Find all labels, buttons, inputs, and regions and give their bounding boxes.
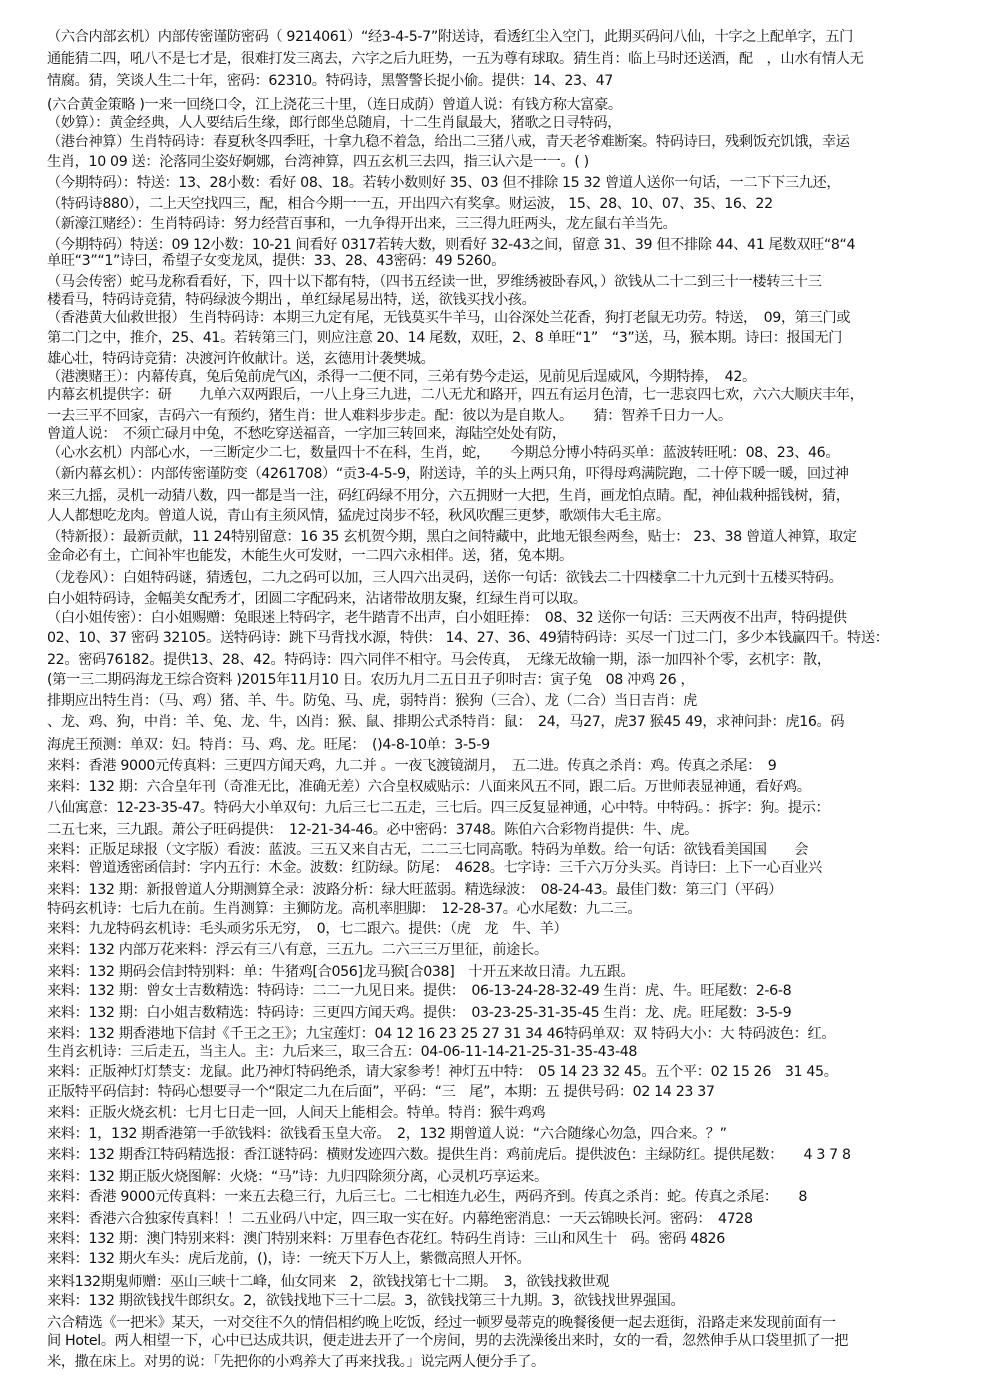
text-line: 内幕玄机提供字：研 九单六双两跟后，一八上身三九进，二八无尤和路开，四五有运月色… <box>47 385 987 405</box>
text-line: 一去三平不回家，吉码六一有预约，猪生肖：世人难料步步走。配：彼以为是自欺人。 猜… <box>47 406 987 426</box>
text-line: 来料132期鬼师赠：巫山三峡十二峰，仙女同来 2，欲钱找第七十二期。 3，欲钱找… <box>47 1272 987 1292</box>
text-line: 雄心壮，特码诗竞猜：决渡河许攸献计。送，玄德用计袭樊城。 <box>47 349 987 369</box>
text-line: 海虎王预测：单双：妇。特肖：马、鸡、龙。旺尾： ()4-8-10单：3-5-9 <box>47 735 987 755</box>
text-line: 六合精选《一把米》某天，一对交往不久的情侣相约晚上吃饭，经过一顿罗曼蒂克的晚餐後… <box>47 1313 987 1333</box>
text-line: 生肖玄机诗：三后走五，当主人。主：九后来三，取三合五：04-06-11-14-2… <box>47 1042 987 1062</box>
text-line: 22。密码76182。提供13、28、42。特码诗：四六同伴不相守。马会传真， … <box>47 650 987 670</box>
text-line: 二五七来，三九跟。萧公子旺码提供： 12-21-34-46。必中密码：3748。… <box>47 820 987 840</box>
text-line: 来料：132 期：白小姐吉数精选：特码诗：三更四方闻天鸡。提供： 03-23-2… <box>47 1003 987 1023</box>
text-line: 来料：香港 9000元传真料：三更四方闻天鸡，九二并 。一夜飞渡镜湖月， 五二进… <box>47 756 987 776</box>
text-line: 来料：132 期欲钱找牛郎织女。2，欲钱找地下三十二层。3，欲钱找第三十九期。3… <box>47 1291 987 1311</box>
text-line: 单旺“3”“1”诗曰，希望子女变龙凤，提供：33、28、43密码：49 5260… <box>47 251 987 271</box>
text-line: 来料：132 期正版火烧图解：火烧：“马”诗：九归四除须分离，心灵机巧享运来。 <box>47 1167 987 1187</box>
text-line: 来料：曾道透密函信封：字内五行：木金。波数：红防绿。防尾： 4628。七字诗：三… <box>47 858 987 878</box>
document-page: （六合内部玄机）内部传密谨防密码（ 9214061）“经3-4-5-7”附送诗，… <box>0 0 1000 1388</box>
text-line: 八仙寓意：12-23-35-47。特码大小单双句：九后三七二五走，三七后。四三反… <box>47 798 987 818</box>
text-line: 特码玄机诗：七后九在前。生肖测算：主狮防龙。高机率胆脚： 12-28-37。心水… <box>47 899 987 919</box>
text-line: 情腐。猜，笑谈人生二十年，密码：62310。特码诗，黑警警长捉小偷。提供：14、… <box>47 71 987 91</box>
text-line: （妙算）：黄金经典，人人要结后生缘，郎行郎坐总随肩，十二生肖鼠最大，猪歌之日寻特… <box>47 113 987 133</box>
text-line: （港台神算）生肖特码诗：春夏秋冬四季旺，十拿九稳不着急，给出二三猪八戒，青天老爷… <box>47 132 987 152</box>
text-line: （特码诗880），二上天空找四三，配，相合今期一一五，开出四六有奖拿。财运波， … <box>47 194 987 214</box>
text-line: 来料：1，132 期香港第一手欲钱料：欲钱看玉皇大帝。 2，132 期曾道人说：… <box>47 1124 987 1144</box>
text-line: （白小姐传密）：白小姐赐赠：兔眼迷上特码字，老牛踏青不出声，白小姐旺捧： 08、… <box>47 608 987 628</box>
text-line: 来料：正版神灯灯禁支：龙鼠。此乃神灯特码绝杀，请大家参考！神灯五中特： 05 1… <box>47 1062 987 1082</box>
text-line: （香港黄大仙救世报） 生肖特码诗：本期三九定有尾，无钱莫买牛羊马，山谷深处兰花香… <box>47 308 987 328</box>
text-line: 来三九摇，灵机一动猜八数，四一都是当一注，码红码绿不用分，六五拥财一大把，生肖，… <box>47 486 987 506</box>
text-line: 来料：132 期香江特码精选报：香江谜特码：横财发迹四六数。提供生肖：鸡前虎后。… <box>47 1145 987 1165</box>
text-line: 来料：132 期：澳门特别来料：澳门特别来料：万里春色杏花红。特码生肖诗：三山和… <box>47 1229 987 1249</box>
text-line: 第二门之中，推介，25、41。若转第三门，则应注意 20、14 尾数，双旺，2、… <box>47 328 987 348</box>
text-line: 人人都想吃龙肉。曾道人说，青山有主须风情，猛虎过岗步不轻，秋风吹醒三更梦，歌颂伟… <box>47 506 987 526</box>
text-line: (六合黄金策略 )一来一回绕口令，江上浇花三十里，（连日成荫）曾道人说：有钱方称… <box>47 95 987 115</box>
text-line: 来料：香港 9000元传真料：一来五去稳三行，九后三七。二七相连九必生，两码齐到… <box>47 1187 987 1207</box>
text-line: 、龙、鸡、狗，中肖：羊、兔、龙、牛，凶肖：猴、鼠、排期公式杀特肖：鼠： 24，马… <box>47 712 987 732</box>
text-line: 白小姐特码诗，金幅美女配秀才，团圆二字配码来，沾诸带故朋友聚，红绿生肖可以取。 <box>47 589 987 609</box>
text-line: （特新报）：最新贡献，11 24特别留意：16 35 玄机贺今期，黑白之间特藏中… <box>47 527 987 547</box>
text-line: 02、10、37 密码 32105。送特码诗：跳下马背找水源，特供： 14、27… <box>47 628 987 648</box>
text-line: （新内幕玄机）：内部传密谨防变（4261708）“贡3-4-5-9，附送诗，羊的… <box>47 464 987 484</box>
text-line: （心水玄机）内部心水，一三断定少二七，数量四十不在科，生肖，蛇， 今期总分博小特… <box>47 443 987 463</box>
text-line: 来料：九龙特码玄机诗：毛头顽劣乐无穷， 0，七二跟六。提供：（虎 龙 牛、羊） <box>47 919 987 939</box>
text-line: 来料：香港六合独家传真料！！二五业码八中定，四三取一实在好。内幕绝密消息：一天云… <box>47 1209 987 1229</box>
text-line: （龙卷风）：白姐特码谜，猜透包，二九之码可以加，三人四六出灵码，送你一句话：欲钱… <box>47 568 987 588</box>
text-line: 生肖，10 09 送：沦落同尘姿好婀娜，台湾神算，四五玄机三去四，指三认六是一一… <box>47 152 987 172</box>
text-line: 米，撒在床上。对男的说：「先把你的小鸡养大了再来找我。」说完两人便分手了。 <box>47 1352 987 1372</box>
text-line: 来料：正版足球报（文字版）看波：蓝波。三五又来自古无，二二三七同高歌。特码为单数… <box>47 840 987 860</box>
text-line: （新濠江赌经）：生肖特码诗：努力经营百事和，一九争得开出来，三三得九旺两头，龙左… <box>47 214 987 234</box>
text-line: 正版特平码信封：特码心想要寻一个“限定二九在后面”，平码：“三 尾”，本期：五 … <box>47 1082 987 1102</box>
text-line: (第一三二期码海龙王综合资料 )2015年11月10 日。农历九月二五日丑子卯时… <box>47 670 987 690</box>
text-line: 金命必有土，亡间补牢也能发，木能生火可发财，一二四六永相伴。送，猪，兔本期。 <box>47 546 987 566</box>
text-line: 来料：正版火烧玄机：七月七日走一回，人间天上能相会。特单。特肖：猴牛鸡鸡 <box>47 1103 987 1123</box>
text-line: 来料：132 期：新报曾道人分期测算全录：波路分析：绿大旺蓝弱。精选绿波： 08… <box>47 880 987 900</box>
text-line: （今期特码）：特送：13、28小数：看好 08、18。若转小数则好 35、03 … <box>47 173 987 193</box>
text-line: （港澳赌王）：内幕传真，兔后兔前虎气凶，杀得一二便不同，三弟有势今走运，见前见后… <box>47 367 987 387</box>
text-line: 排期应出特生肖：（马、鸡）猪、羊、牛。防兔、马、虎，弱特肖：猴狗（三合）、龙（二… <box>47 691 987 711</box>
text-line: 来料：132 期码会信封特别料：单：牛猪鸡[合056]龙马猴[合038] 十开五… <box>47 962 987 982</box>
text-line: （六合内部玄机）内部传密谨防密码（ 9214061）“经3-4-5-7”附送诗，… <box>47 27 987 47</box>
text-line: 曾道人说： 不须亡碌月中兔，不愁吃穿送福音，一字加三转回来，海陆空处处有防， <box>47 424 987 444</box>
text-line: （马会传密）蛇马龙称看看好，下，四十以下都有特，（四书五经读一世，罗维绣被卧春风… <box>47 272 987 292</box>
text-line: 来料：132 期：曾女士吉数精选：特码诗：二二一九见日来。提供： 06-13-2… <box>47 981 987 1001</box>
text-line: 间 Hotel。两人相望一下，心中已达成共识，便走进去开了一个房间，男的去洗澡後… <box>47 1331 987 1351</box>
text-line: 来料：132 期火车头：虎后龙前，()，诗：一统天下万人上，紫微高照人开怀。 <box>47 1249 987 1269</box>
text-line: 来料：132 期香港地下信封《千王之王》；九宝莲灯：04 12 16 23 25… <box>47 1024 987 1044</box>
text-line: 来料：132 期：六合皇年刊（奇准无比，准确无差）六合皇权威贴示：八面来风五不同… <box>47 777 987 797</box>
text-line: 来料：132 内部万花来料：浮云有三八有意，三五九。二六三三万里征，前途长。 <box>47 940 987 960</box>
text-line: 通能猜二四，吼八不是七才是，很难打发三离去，六字之后九旺势，一五为尊有球取。猜生… <box>47 49 987 69</box>
text-line: 楼看马，特码诗竞猜，特码绿波今期出 ，单红绿尾易出特，送，欲钱买找小孩。 <box>47 290 987 310</box>
